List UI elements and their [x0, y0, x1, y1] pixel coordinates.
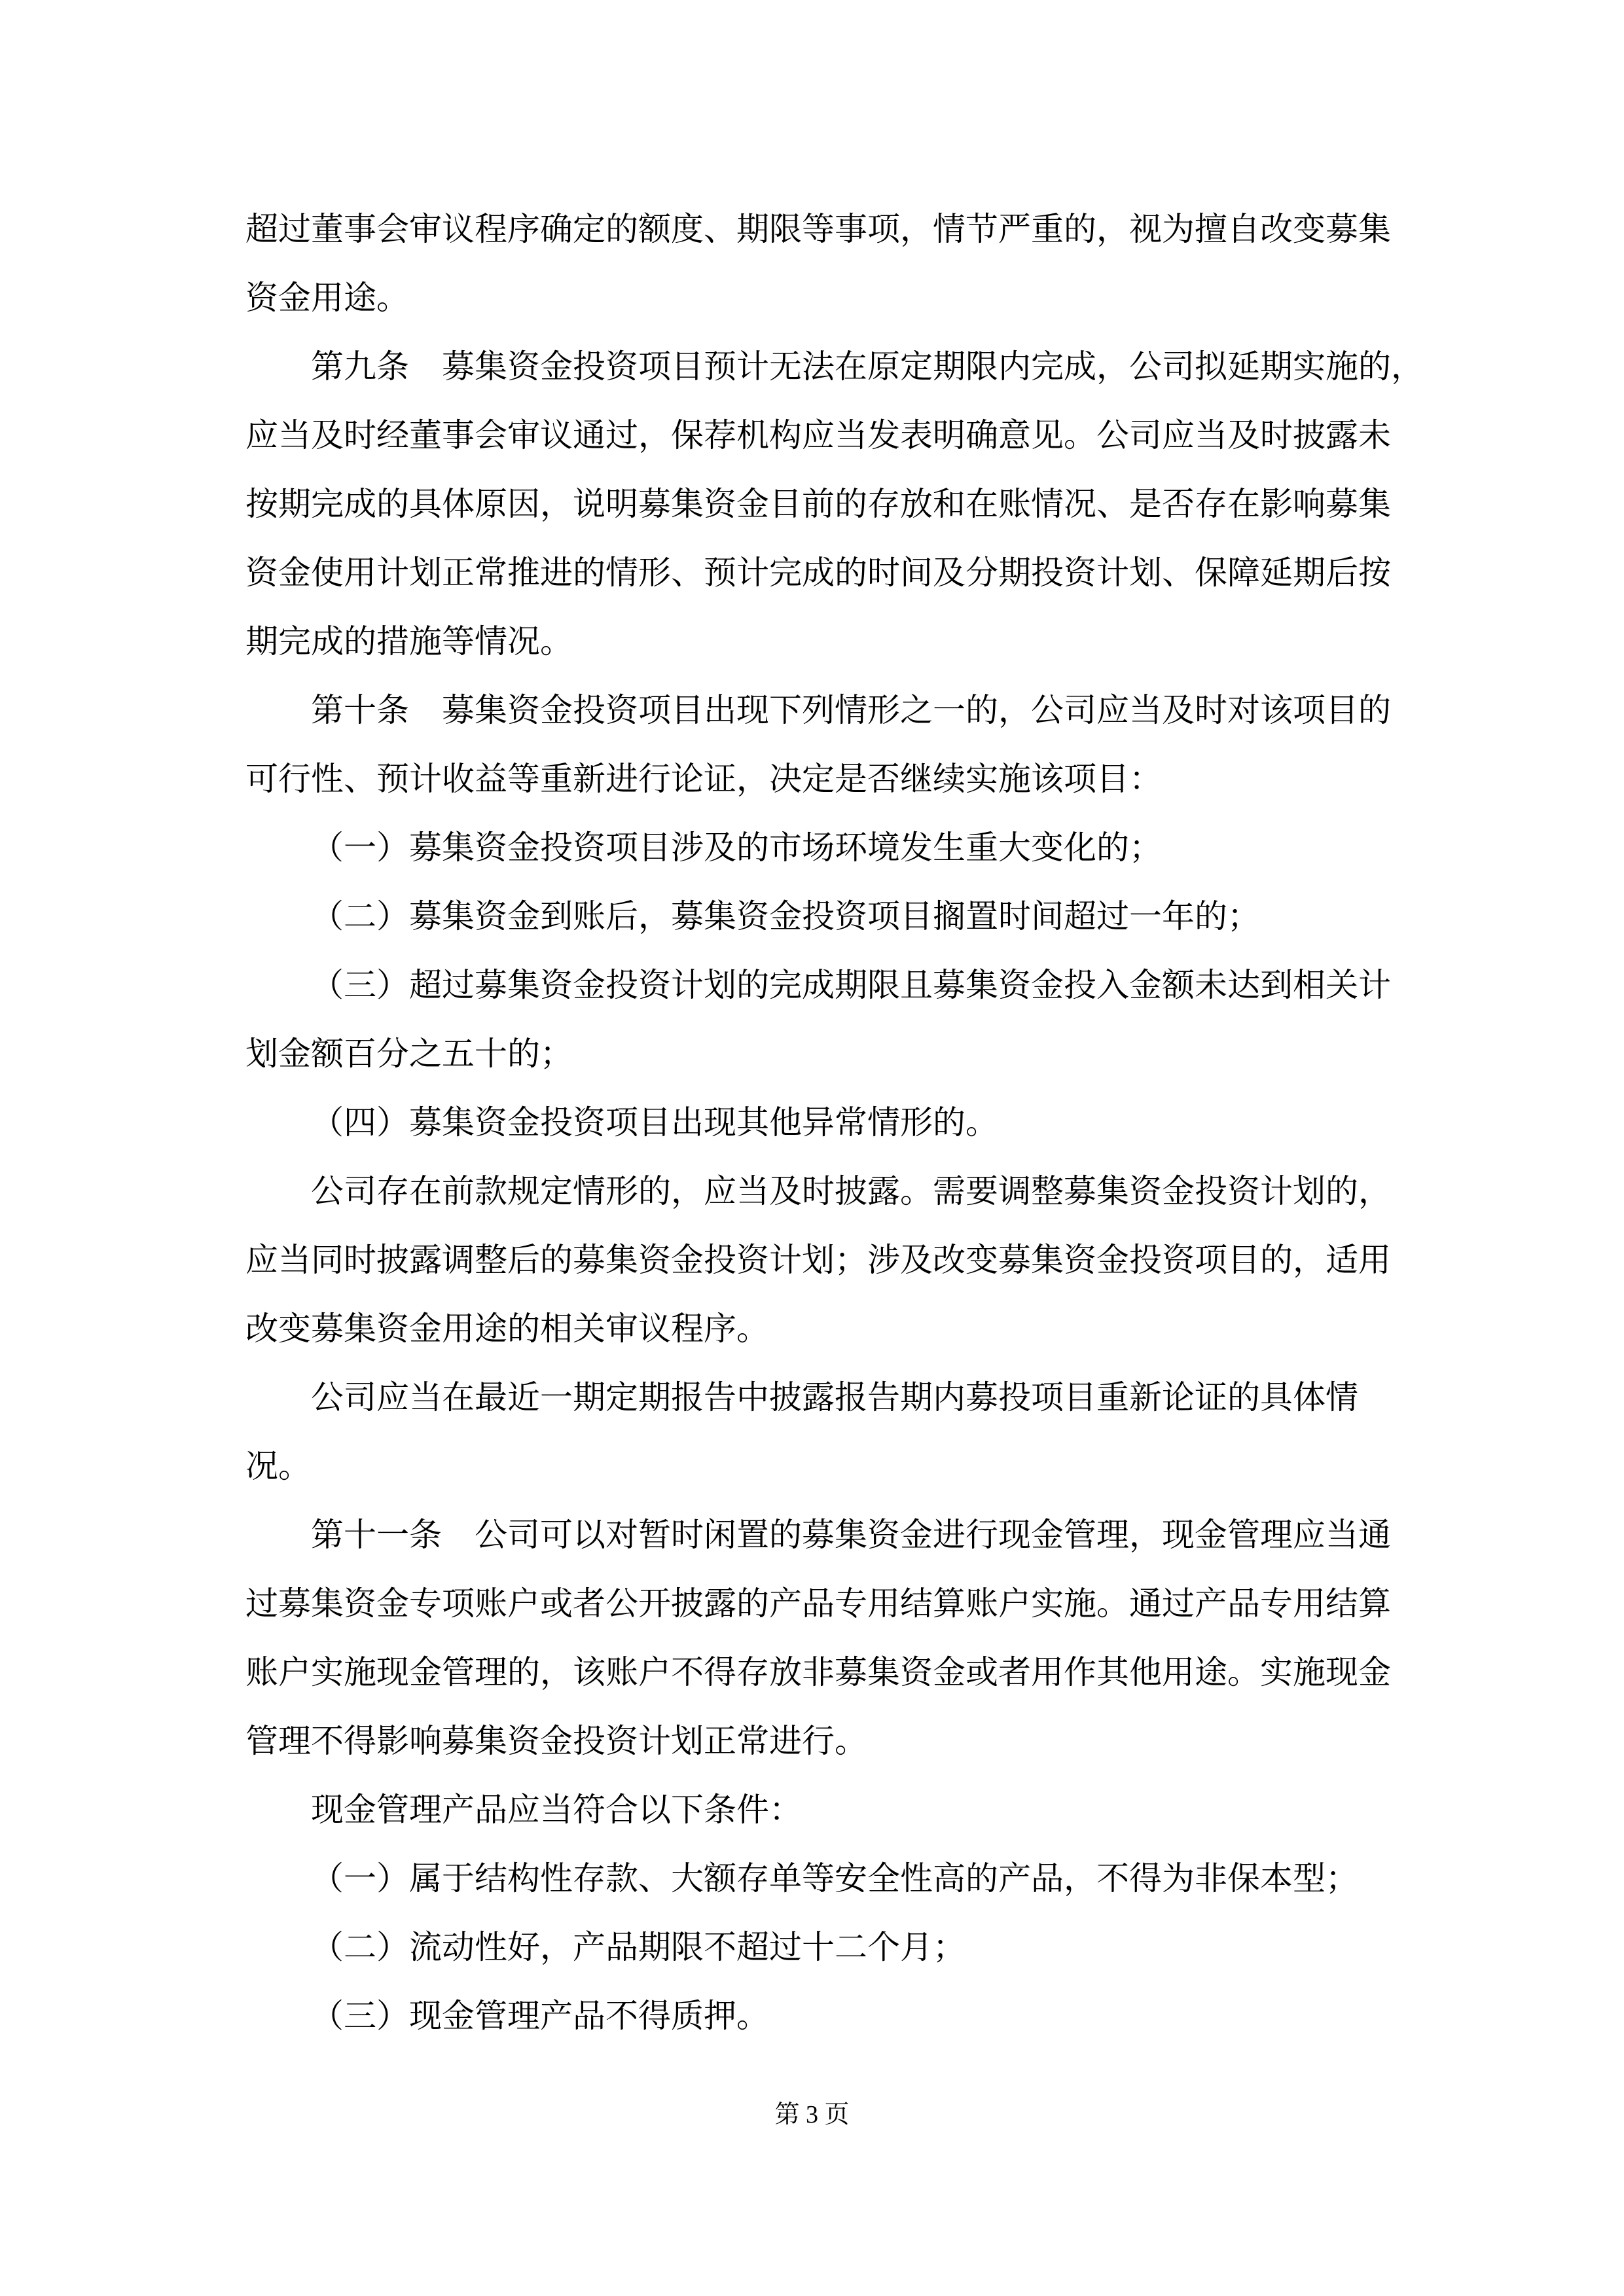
- text-line: 超过董事会审议程序确定的额度、期限等事项，情节严重的，视为擅自改变募集: [245, 195, 1398, 264]
- text-line: 现金管理产品应当符合以下条件：: [245, 1776, 1398, 1844]
- text-line: 可行性、预计收益等重新进行论证，决定是否继续实施该项目：: [245, 745, 1398, 814]
- page-footer: 第 3 页: [0, 2092, 1624, 2138]
- text-line: 公司存在前款规定情形的，应当及时披露。需要调整募集资金投资计划的，: [245, 1157, 1398, 1226]
- text-line: 况。: [245, 1432, 1398, 1501]
- document-body: 超过董事会审议程序确定的额度、期限等事项，情节严重的，视为擅自改变募集资金用途。…: [245, 195, 1398, 2051]
- text-line: 管理不得影响募集资金投资计划正常进行。: [245, 1707, 1398, 1776]
- text-line: 第十条 募集资金投资项目出现下列情形之一的，公司应当及时对该项目的: [245, 676, 1398, 745]
- text-line: 资金使用计划正常推进的情形、预计完成的时间及分期投资计划、保障延期后按: [245, 539, 1398, 607]
- text-line: 第十一条 公司可以对暂时闲置的募集资金进行现金管理，现金管理应当通: [245, 1501, 1398, 1570]
- text-line: 账户实施现金管理的，该账户不得存放非募集资金或者用作其他用途。实施现金: [245, 1638, 1398, 1707]
- page-number: 第 3 页: [774, 2101, 849, 2128]
- text-line: （三）超过募集资金投资计划的完成期限且募集资金投入金额未达到相关计: [245, 951, 1398, 1020]
- text-line: （一）募集资金投资项目涉及的市场环境发生重大变化的；: [245, 814, 1398, 882]
- text-line: 应当同时披露调整后的募集资金投资计划；涉及改变募集资金投资项目的，适用: [245, 1226, 1398, 1295]
- text-line: （三）现金管理产品不得质押。: [245, 1982, 1398, 2051]
- text-line: 应当及时经董事会审议通过，保荐机构应当发表明确意见。公司应当及时披露未: [245, 401, 1398, 470]
- text-line: （二）流动性好，产品期限不超过十二个月；: [245, 1913, 1398, 1982]
- text-line: 期完成的措施等情况。: [245, 607, 1398, 676]
- text-line: 按期完成的具体原因，说明募集资金目前的存放和在账情况、是否存在影响募集: [245, 470, 1398, 539]
- text-line: 第九条 募集资金投资项目预计无法在原定期限内完成，公司拟延期实施的，: [245, 332, 1398, 401]
- text-line: （一）属于结构性存款、大额存单等安全性高的产品，不得为非保本型；: [245, 1844, 1398, 1913]
- text-line: 过募集资金专项账户或者公开披露的产品专用结算账户实施。通过产品专用结算: [245, 1570, 1398, 1638]
- text-line: 划金额百分之五十的；: [245, 1020, 1398, 1088]
- text-line: （二）募集资金到账后，募集资金投资项目搁置时间超过一年的；: [245, 882, 1398, 951]
- document-page: 超过董事会审议程序确定的额度、期限等事项，情节严重的，视为擅自改变募集资金用途。…: [0, 0, 1624, 2296]
- text-line: （四）募集资金投资项目出现其他异常情形的。: [245, 1088, 1398, 1157]
- text-line: 改变募集资金用途的相关审议程序。: [245, 1295, 1398, 1363]
- text-line: 资金用途。: [245, 264, 1398, 332]
- text-line: 公司应当在最近一期定期报告中披露报告期内募投项目重新论证的具体情: [245, 1363, 1398, 1432]
